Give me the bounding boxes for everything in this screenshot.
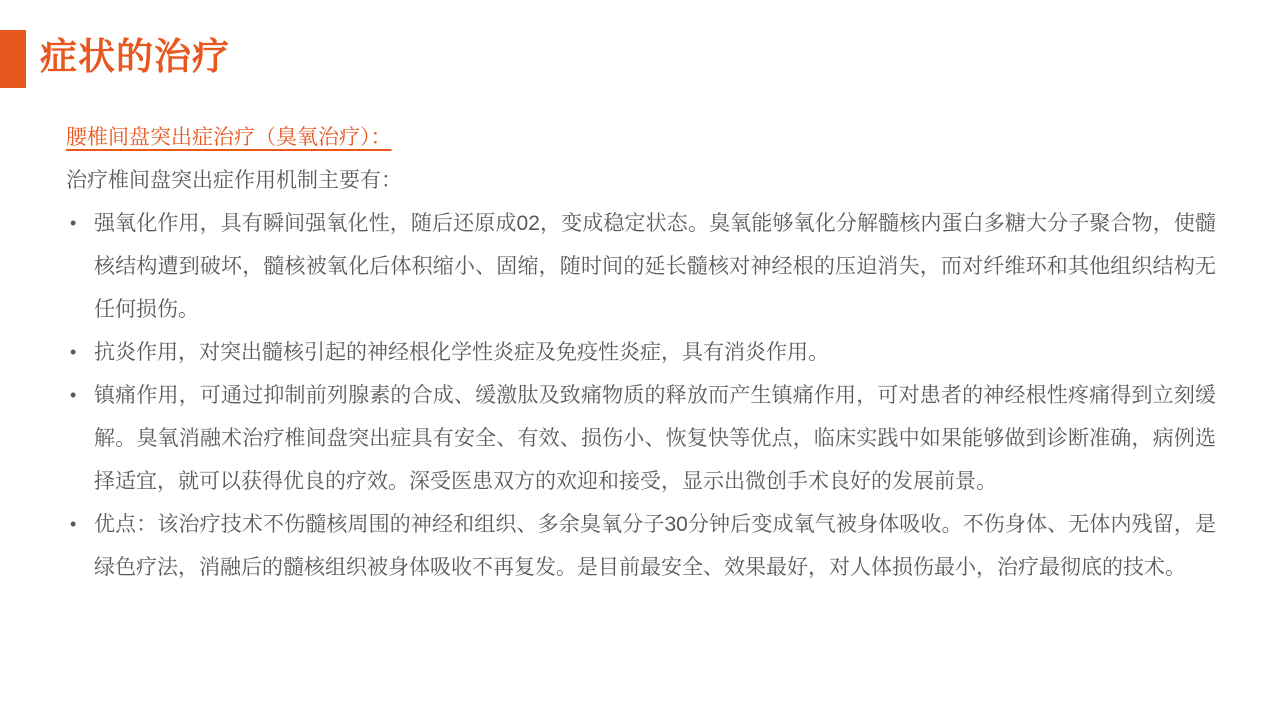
page-title: 症状的治疗 [40,34,230,80]
bullet-dot-icon: • [70,374,76,417]
bullet-dot-icon: • [70,202,76,245]
bullet-list: • 强氧化作用，具有瞬间强氧化性，随后还原成02，变成稳定状态。臭氧能够氧化分解… [66,202,1216,589]
intro-text: 治疗椎间盘突出症作用机制主要有： [66,159,1216,202]
bullet-text: 镇痛作用，可通过抑制前列腺素的合成、缓激肽及致痛物质的释放而产生镇痛作用，可对患… [94,384,1216,493]
bullet-dot-icon: • [70,331,76,374]
slide-body: 腰椎间盘突出症治疗（臭氧治疗）： 治疗椎间盘突出症作用机制主要有： • 强氧化作… [66,116,1216,589]
bullet-item: • 强氧化作用，具有瞬间强氧化性，随后还原成02，变成稳定状态。臭氧能够氧化分解… [66,202,1216,331]
bullet-text: 优点：该治疗技术不伤髓核周围的神经和组织、多余臭氧分子30分钟后变成氧气被身体吸… [94,513,1216,579]
bullet-item: • 优点：该治疗技术不伤髓核周围的神经和组织、多余臭氧分子30分钟后变成氧气被身… [66,503,1216,589]
bullet-text: 强氧化作用，具有瞬间强氧化性，随后还原成02，变成稳定状态。臭氧能够氧化分解髓核… [94,212,1216,321]
subtitle-heading: 腰椎间盘突出症治疗（臭氧治疗）： [66,116,1216,159]
bullet-text: 抗炎作用，对突出髓核引起的神经根化学性炎症及免疫性炎症，具有消炎作用。 [94,341,829,364]
bullet-item: • 镇痛作用，可通过抑制前列腺素的合成、缓激肽及致痛物质的释放而产生镇痛作用，可… [66,374,1216,503]
presentation-slide: 症状的治疗 腰椎间盘突出症治疗（臭氧治疗）： 治疗椎间盘突出症作用机制主要有： … [0,0,1280,720]
bullet-item: • 抗炎作用，对突出髓核引起的神经根化学性炎症及免疫性炎症，具有消炎作用。 [66,331,1216,374]
bullet-dot-icon: • [70,503,76,546]
title-accent-bar [0,30,26,88]
